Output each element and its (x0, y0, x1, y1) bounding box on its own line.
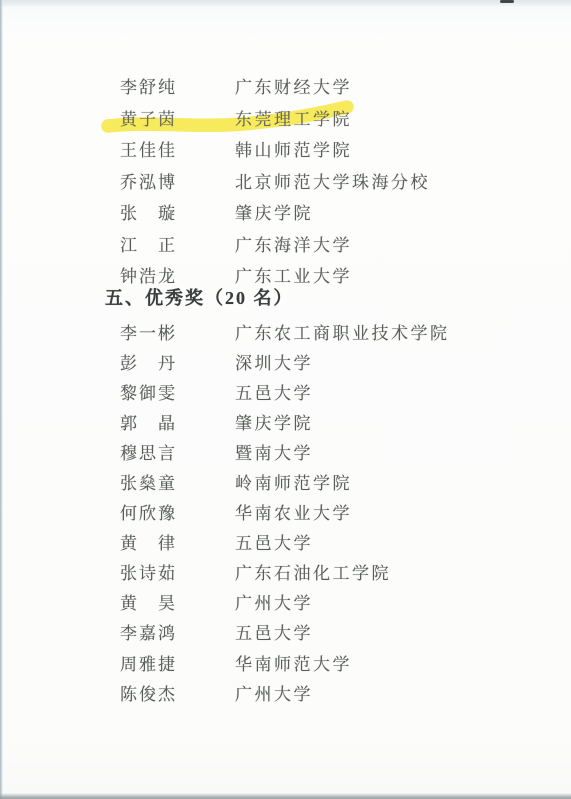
list-row: 黄 律 五邑大学 (0, 527, 571, 557)
student-name: 黎御雯 (120, 379, 235, 404)
university-name: 韩山师范学院 (235, 136, 352, 161)
university-name: 五邑大学 (235, 529, 313, 554)
list-row: 李一彬 广东农工商职业技术学院 (0, 316, 571, 346)
list-row: 周雅捷 华南师范大学 (0, 647, 571, 677)
list-row: 江 正 广东海洋大学 (0, 228, 571, 260)
student-name: 黄 律 (120, 529, 235, 554)
list-row: 张诗茹 广东石油化工学院 (0, 557, 571, 587)
list-row: 黄 昊 广州大学 (0, 587, 571, 617)
list-row: 黄子茵 东莞理工学院 (0, 102, 571, 134)
student-name: 王佳佳 (120, 136, 235, 161)
list-row: 陈俊杰 广州大学 (0, 677, 571, 707)
list-row: 乔泓博 北京师范大学珠海分校 (0, 165, 571, 197)
scan-edge-bottom (0, 793, 571, 799)
university-name: 五邑大学 (235, 379, 313, 404)
university-name: 暨南大学 (235, 439, 313, 464)
list-row: 何欣豫 华南农业大学 (0, 497, 571, 527)
student-name: 张燊童 (120, 469, 235, 494)
student-name: 周雅捷 (120, 650, 235, 675)
university-name: 深圳大学 (235, 349, 313, 374)
university-name: 广东海洋大学 (235, 231, 352, 256)
university-name: 广东农工商职业技术学院 (235, 319, 450, 344)
university-name: 广州大学 (235, 589, 313, 614)
scan-speck (500, 0, 514, 3)
list-row: 李嘉鸿 五邑大学 (0, 617, 571, 647)
university-name: 广东财经大学 (235, 73, 352, 98)
student-name: 穆思言 (120, 439, 235, 464)
student-name: 李嘉鸿 (120, 619, 235, 644)
scanned-document-page: 李舒纯 广东财经大学 黄子茵 东莞理工学院 王佳佳 韩山师范学院 乔泓博 北京师… (0, 0, 571, 799)
list-row: 王佳佳 韩山师范学院 (0, 133, 571, 165)
list-row: 彭 丹 深圳大学 (0, 346, 571, 376)
university-name: 华南师范大学 (235, 650, 352, 675)
university-name: 广州大学 (235, 680, 313, 705)
student-name: 李舒纯 (120, 73, 235, 98)
list-row: 穆思言 暨南大学 (0, 436, 571, 466)
list-row: 郭 晶 肇庆学院 (0, 406, 571, 436)
university-name: 肇庆学院 (235, 409, 313, 434)
student-name: 黄 昊 (120, 589, 235, 614)
student-name: 黄子茵 (120, 105, 235, 130)
list-row: 张燊童 岭南师范学院 (0, 466, 571, 496)
list-row: 张 璇 肇庆学院 (0, 196, 571, 228)
university-name: 五邑大学 (235, 619, 313, 644)
list-row: 李舒纯 广东财经大学 (0, 70, 571, 102)
university-name: 华南农业大学 (235, 499, 352, 524)
award-list-bottom: 李一彬 广东农工商职业技术学院 彭 丹 深圳大学 黎御雯 五邑大学 郭 晶 肇庆… (0, 316, 571, 707)
student-name: 彭 丹 (120, 349, 235, 374)
scan-edge-top (0, 0, 571, 7)
university-name: 肇庆学院 (235, 199, 313, 224)
student-name: 张 璇 (120, 199, 235, 224)
student-name: 乔泓博 (120, 168, 235, 193)
university-name: 东莞理工学院 (235, 105, 352, 130)
student-name: 陈俊杰 (120, 680, 235, 705)
student-name: 江 正 (120, 231, 235, 256)
student-name: 郭 晶 (120, 409, 235, 434)
university-name: 北京师范大学珠海分校 (235, 168, 430, 193)
university-name: 广东石油化工学院 (235, 559, 391, 584)
student-name: 何欣豫 (120, 499, 235, 524)
student-name: 李一彬 (120, 319, 235, 344)
section-heading: 五、优秀奖（20 名） (105, 283, 294, 313)
student-name: 张诗茹 (120, 559, 235, 584)
list-row: 黎御雯 五邑大学 (0, 376, 571, 406)
university-name: 岭南师范学院 (235, 469, 352, 494)
award-list-top: 李舒纯 广东财经大学 黄子茵 东莞理工学院 王佳佳 韩山师范学院 乔泓博 北京师… (0, 70, 571, 291)
